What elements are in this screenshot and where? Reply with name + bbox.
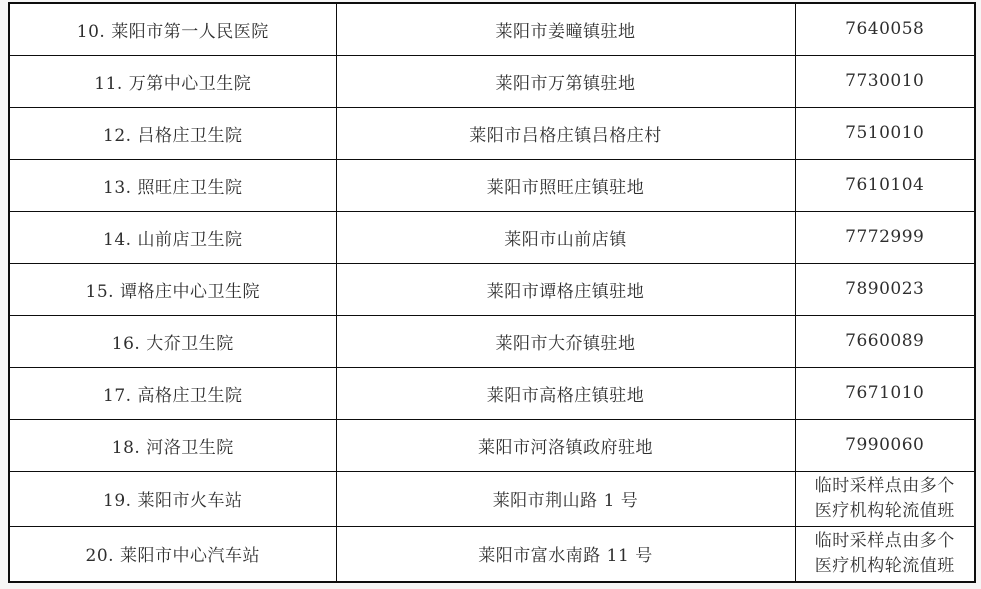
- facility-name-cell: 10. 莱阳市第一人民医院: [9, 3, 336, 55]
- facility-name-cell: 20. 莱阳市中心汽车站: [9, 526, 336, 582]
- facility-address-cell: 莱阳市荆山路 1 号: [336, 471, 795, 526]
- table-body: 10. 莱阳市第一人民医院莱阳市姜疃镇驻地764005811. 万第中心卫生院莱…: [9, 3, 975, 582]
- facility-name-cell: 15. 谭格庄中心卫生院: [9, 263, 336, 315]
- facility-contact-cell: 7890023: [795, 263, 975, 315]
- facility-name-cell: 11. 万第中心卫生院: [9, 55, 336, 107]
- facility-contact-cell: 7730010: [795, 55, 975, 107]
- facility-address-cell: 莱阳市吕格庄镇吕格庄村: [336, 107, 795, 159]
- table-row: 10. 莱阳市第一人民医院莱阳市姜疃镇驻地7640058: [9, 3, 975, 55]
- facility-contact-cell: 7510010: [795, 107, 975, 159]
- facility-address-cell: 莱阳市谭格庄镇驻地: [336, 263, 795, 315]
- facility-contact-cell: 7772999: [795, 211, 975, 263]
- facility-address-cell: 莱阳市高格庄镇驻地: [336, 367, 795, 419]
- table-row: 20. 莱阳市中心汽车站莱阳市富水南路 11 号临时采样点由多个 医疗机构轮流值…: [9, 526, 975, 582]
- table-row: 12. 吕格庄卫生院莱阳市吕格庄镇吕格庄村7510010: [9, 107, 975, 159]
- table-row: 19. 莱阳市火车站莱阳市荆山路 1 号临时采样点由多个 医疗机构轮流值班: [9, 471, 975, 526]
- facility-address-cell: 莱阳市山前店镇: [336, 211, 795, 263]
- facility-address-cell: 莱阳市富水南路 11 号: [336, 526, 795, 582]
- facility-contact-cell: 7640058: [795, 3, 975, 55]
- table-row: 14. 山前店卫生院莱阳市山前店镇7772999: [9, 211, 975, 263]
- facility-name-cell: 17. 高格庄卫生院: [9, 367, 336, 419]
- facility-address-cell: 莱阳市姜疃镇驻地: [336, 3, 795, 55]
- facility-name-cell: 12. 吕格庄卫生院: [9, 107, 336, 159]
- table-row: 15. 谭格庄中心卫生院莱阳市谭格庄镇驻地7890023: [9, 263, 975, 315]
- facility-contact-cell: 7671010: [795, 367, 975, 419]
- facility-contact-cell: 临时采样点由多个 医疗机构轮流值班: [795, 526, 975, 582]
- facility-name-cell: 14. 山前店卫生院: [9, 211, 336, 263]
- facility-name-cell: 13. 照旺庄卫生院: [9, 159, 336, 211]
- facility-contact-cell: 7990060: [795, 419, 975, 471]
- table-row: 16. 大夼卫生院莱阳市大夼镇驻地7660089: [9, 315, 975, 367]
- facility-contact-cell: 7660089: [795, 315, 975, 367]
- facility-name-cell: 19. 莱阳市火车站: [9, 471, 336, 526]
- facility-contact-cell: 临时采样点由多个 医疗机构轮流值班: [795, 471, 975, 526]
- document-page: 10. 莱阳市第一人民医院莱阳市姜疃镇驻地764005811. 万第中心卫生院莱…: [0, 0, 981, 589]
- table-row: 13. 照旺庄卫生院莱阳市照旺庄镇驻地7610104: [9, 159, 975, 211]
- facility-name-cell: 16. 大夼卫生院: [9, 315, 336, 367]
- facility-name-cell: 18. 河洛卫生院: [9, 419, 336, 471]
- table-row: 11. 万第中心卫生院莱阳市万第镇驻地7730010: [9, 55, 975, 107]
- facility-address-cell: 莱阳市万第镇驻地: [336, 55, 795, 107]
- facility-table: 10. 莱阳市第一人民医院莱阳市姜疃镇驻地764005811. 万第中心卫生院莱…: [8, 2, 976, 583]
- facility-address-cell: 莱阳市照旺庄镇驻地: [336, 159, 795, 211]
- table-row: 17. 高格庄卫生院莱阳市高格庄镇驻地7671010: [9, 367, 975, 419]
- facility-contact-cell: 7610104: [795, 159, 975, 211]
- table-row: 18. 河洛卫生院莱阳市河洛镇政府驻地7990060: [9, 419, 975, 471]
- facility-address-cell: 莱阳市河洛镇政府驻地: [336, 419, 795, 471]
- facility-address-cell: 莱阳市大夼镇驻地: [336, 315, 795, 367]
